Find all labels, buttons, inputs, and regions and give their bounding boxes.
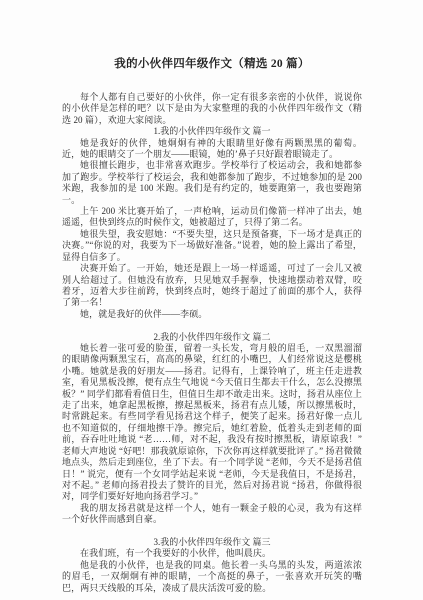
document-title: 我的小伙伴四年级作文（精选 20 篇） [62,55,362,71]
section-1-paragraph: 她，就是我好的伙伴——李硕。 [62,309,362,320]
essay-section-3: 3.我的小伙伴四年级作文 篇三 在我们班，有一个我要好的小伙伴，他叫晨庆。 他是… [62,537,362,594]
section-1-paragraph: 她很擅长跑步，也非常喜欢跑步。学校举行了校运动会，我和她都参加了跑步。学校举行了… [62,160,362,206]
section-2-paragraph: 她长着一张可爱的脸蛋，留着一头长发，弯月般的眉毛，一双黑溜溜的眼睛像两颗黑宝石，… [62,343,362,503]
section-1-paragraph: 她是我好的伙伴，她炯炯有神的大眼睛里好像有两颗黑黑的葡萄。近，她的眼睛交了一个朋… [62,138,362,161]
section-3-heading: 3.我的小伙伴四年级作文 篇三 [62,537,362,548]
essay-section-2: 2.我的小伙伴四年级作文 篇二 她长着一张可爱的脸蛋，留着一头长发，弯月般的眉毛… [62,332,362,526]
section-3-paragraph: 在我们班，有一个我要好的小伙伴，他叫晨庆。 [62,548,362,559]
document-page: 我的小伙伴四年级作文（精选 20 篇） 每个人都有自己要好的小伙伴，你一定有很多… [0,0,423,600]
section-2-paragraph: 我的朋友扬君就是这样一个人，她有一颗金子般的心灵，我为有这样一个好伙伴而感到自豪… [62,503,362,526]
section-1-paragraph: 她很失望，我安慰她：“不要失望，这只是预备赛，下一场才是真正的决赛。”“你说的对… [62,229,362,263]
essay-section-1: 1.我的小伙伴四年级作文 篇一 她是我好的伙伴，她炯炯有神的大眼睛里好像有两颗黑… [62,126,362,320]
section-1-heading: 1.我的小伙伴四年级作文 篇一 [62,126,362,137]
intro-paragraph: 每个人都有自己要好的小伙伴，你一定有很多亲密的小伙伴，说说你的小伙伴是怎样的吧？… [62,92,362,126]
section-3-paragraph: 他是我的小伙伴，也是我的同桌。他长着一头乌黑的头发，两道浓浓的眉毛，一双炯炯有神… [62,560,362,594]
section-2-heading: 2.我的小伙伴四年级作文 篇二 [62,332,362,343]
section-1-paragraph: 决赛开始了。一开始，她还是跟上一场一样遥遥，可过了一会儿又被别人给超过了。但她没… [62,263,362,309]
section-1-paragraph: 上午 200 米比赛开始了，一声枪响，运动员们像箭一样冲了出去，她遥遥，但快到终… [62,206,362,229]
